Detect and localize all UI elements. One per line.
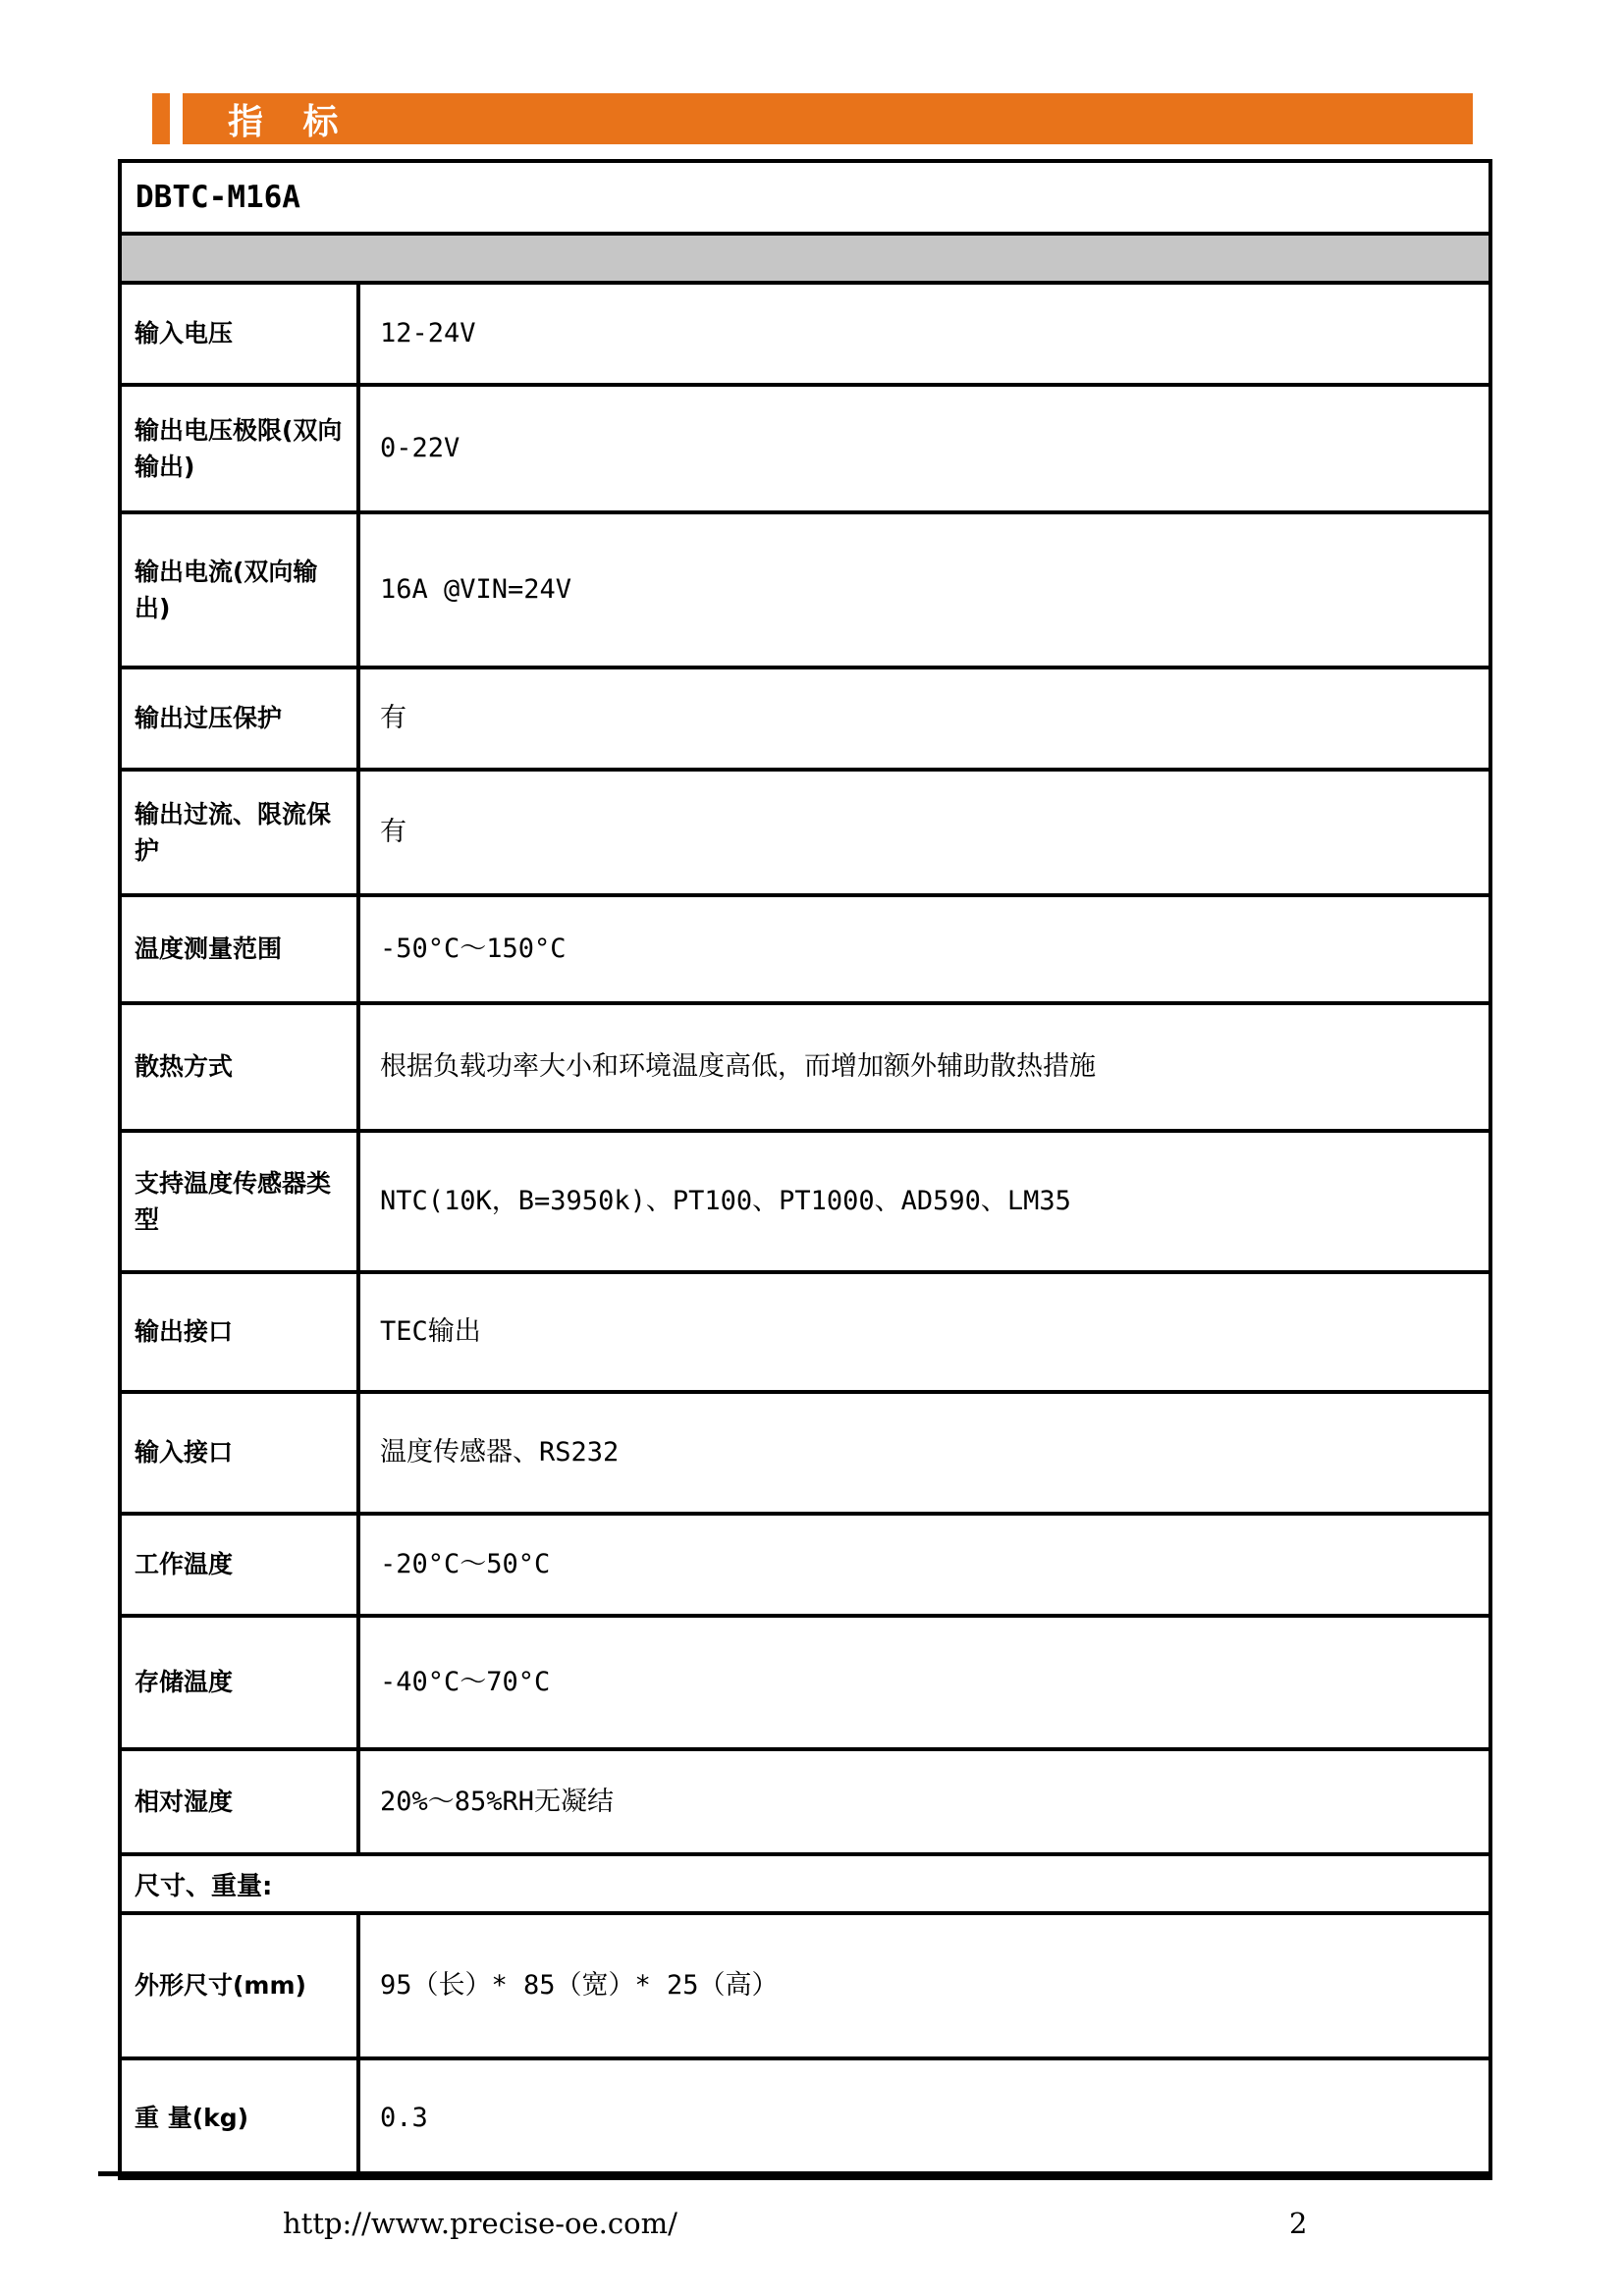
section-label: 尺寸、重量: [120, 1854, 1490, 1913]
spec-label: 存储温度 [120, 1616, 358, 1749]
footer-rule [98, 2171, 1492, 2176]
spec-value: 有 [358, 667, 1490, 770]
document-page: 指 标 DBTC-M16A 输入电压 12-24V 输出电压极限(双向输出) 0… [0, 0, 1624, 2296]
spec-label: 工作温度 [120, 1514, 358, 1616]
spec-label: 输出电压极限(双向输出) [120, 385, 358, 512]
model-row: DBTC-M16A [120, 161, 1490, 234]
spec-value: 95（长）* 85（宽）* 25（高） [358, 1913, 1490, 2058]
table-row: 存储温度 -40°C～70°C [120, 1616, 1490, 1749]
table-row: 输出过流、限流保护 有 [120, 770, 1490, 895]
spec-label: 相对湿度 [120, 1749, 358, 1854]
accent-gap [170, 93, 183, 144]
spec-value: NTC(10K，B=3950k)、PT100、PT1000、AD590、LM35 [358, 1131, 1490, 1272]
table-row: 外形尺寸(mm) 95（长）* 85（宽）* 25（高） [120, 1913, 1490, 2058]
section-title: 指 标 [183, 94, 352, 144]
spec-value: -50°C～150°C [358, 895, 1490, 1003]
accent-chip [152, 93, 170, 144]
spec-value: 有 [358, 770, 1490, 895]
spec-value: 0-22V [358, 385, 1490, 512]
spec-value: 根据负载功率大小和环境温度高低，而增加额外辅助散热措施 [358, 1003, 1490, 1131]
spec-value: 0.3 [358, 2058, 1490, 2178]
spec-value: TEC输出 [358, 1272, 1490, 1392]
spec-label: 支持温度传感器类型 [120, 1131, 358, 1272]
table-row: 工作温度 -20°C～50°C [120, 1514, 1490, 1616]
spec-value: 20%～85%RH无凝结 [358, 1749, 1490, 1854]
spec-value: 16A @VIN=24V [358, 512, 1490, 667]
section-divider-row: 尺寸、重量: [120, 1854, 1490, 1913]
page-number: 2 [1289, 2207, 1307, 2240]
spec-value: -40°C～70°C [358, 1616, 1490, 1749]
table-row: 输出过压保护 有 [120, 667, 1490, 770]
spec-value: -20°C～50°C [358, 1514, 1490, 1616]
table-row: 重 量(kg) 0.3 [120, 2058, 1490, 2178]
spec-label: 输入电压 [120, 283, 358, 385]
table-row: 输入电压 12-24V [120, 283, 1490, 385]
spec-label: 输出接口 [120, 1272, 358, 1392]
model-name: DBTC-M16A [120, 161, 1490, 234]
spec-label: 外形尺寸(mm) [120, 1913, 358, 2058]
section-header: 指 标 [152, 93, 1473, 144]
table-row: 输出电流(双向输出) 16A @VIN=24V [120, 512, 1490, 667]
table-row: 温度测量范围 -50°C～150°C [120, 895, 1490, 1003]
table-row: 支持温度传感器类型 NTC(10K，B=3950k)、PT100、PT1000、… [120, 1131, 1490, 1272]
table-row: 相对湿度 20%～85%RH无凝结 [120, 1749, 1490, 1854]
spec-label: 散热方式 [120, 1003, 358, 1131]
header-band [120, 234, 1490, 283]
table-row: 输入接口 温度传感器、RS232 [120, 1392, 1490, 1514]
table-row: 输出接口 TEC输出 [120, 1272, 1490, 1392]
table-row: 输出电压极限(双向输出) 0-22V [120, 385, 1490, 512]
header-band-row [120, 234, 1490, 283]
spec-value: 12-24V [358, 283, 1490, 385]
spec-label: 输出过压保护 [120, 667, 358, 770]
spec-label: 重 量(kg) [120, 2058, 358, 2178]
spec-label: 输入接口 [120, 1392, 358, 1514]
table-row: 散热方式 根据负载功率大小和环境温度高低，而增加额外辅助散热措施 [120, 1003, 1490, 1131]
section-title-bar: 指 标 [183, 93, 1473, 144]
spec-label: 输出电流(双向输出) [120, 512, 358, 667]
spec-table: DBTC-M16A 输入电压 12-24V 输出电压极限(双向输出) 0-22V… [118, 159, 1492, 2180]
footer-url: http://www.precise-oe.com/ [283, 2207, 677, 2240]
spec-label: 温度测量范围 [120, 895, 358, 1003]
spec-label: 输出过流、限流保护 [120, 770, 358, 895]
spec-value: 温度传感器、RS232 [358, 1392, 1490, 1514]
